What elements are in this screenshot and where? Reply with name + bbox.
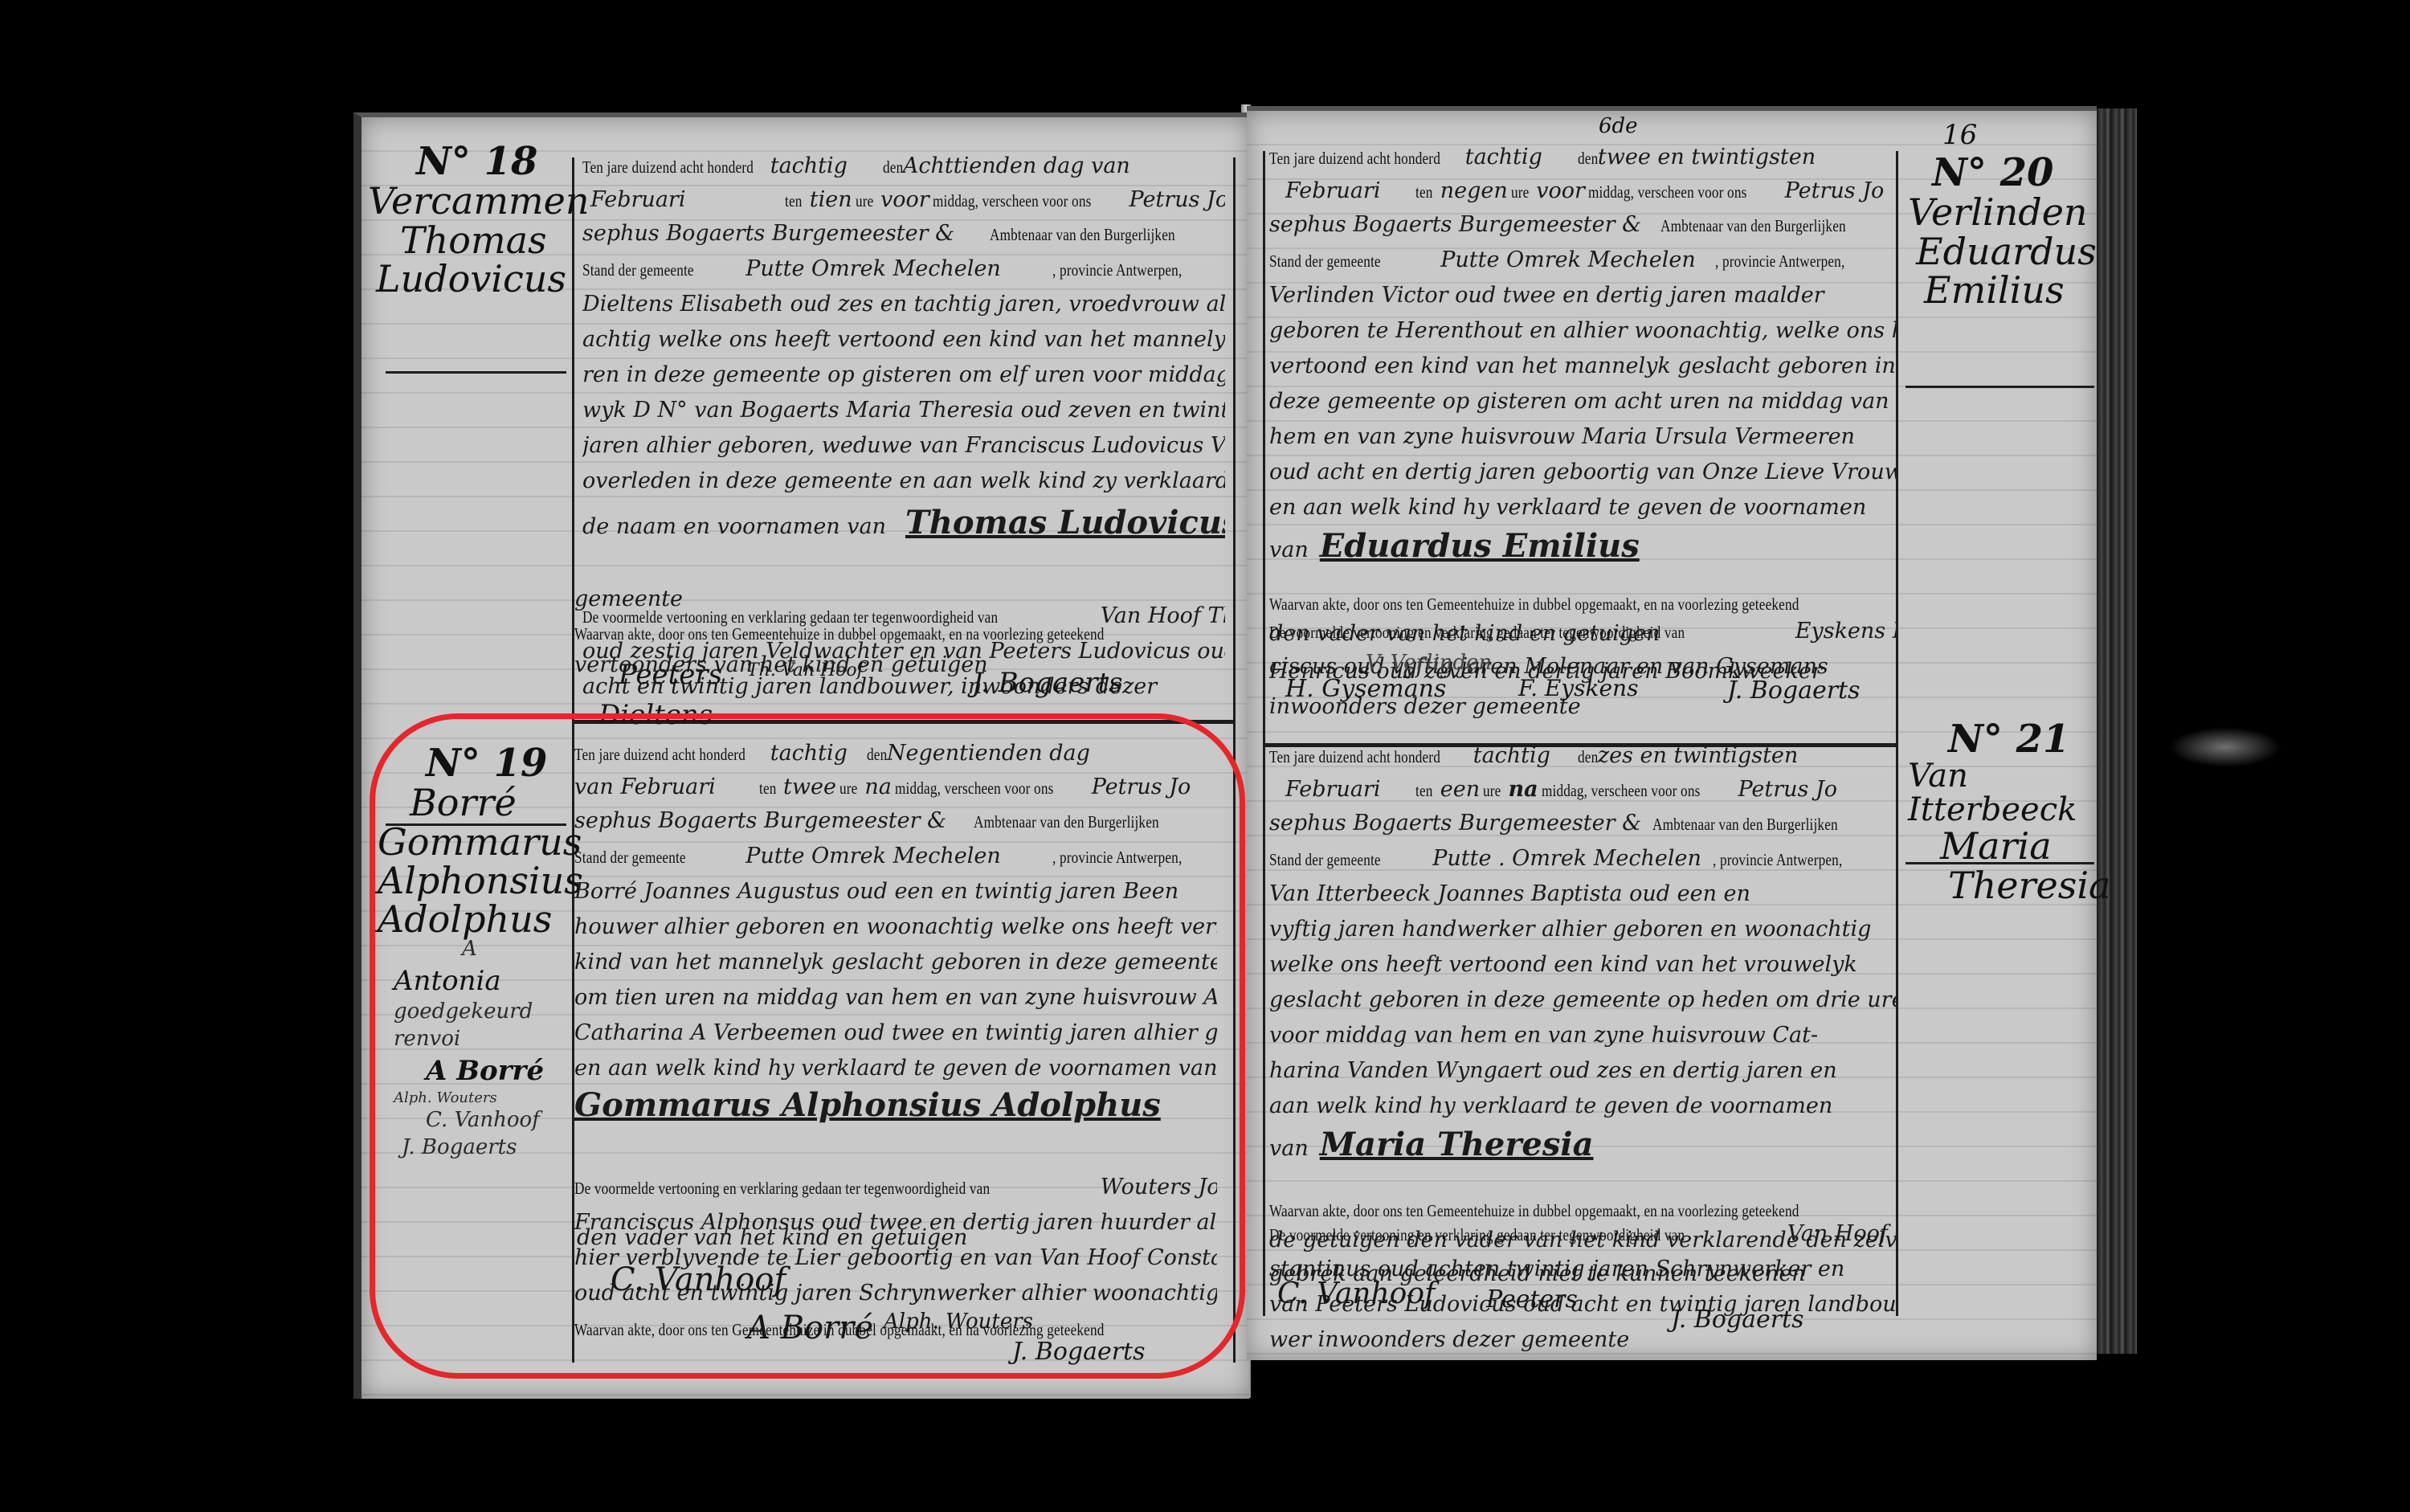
printed-text: Ten jare duizend acht honderd (1269, 747, 1440, 767)
signature: Alph. Wouters (394, 1089, 586, 1107)
printed-text: Waarvan akte, door ons ten Gemeentehuize… (1269, 595, 1799, 615)
body-line: harina Vanden Wyngaert oud zes en dertig… (1269, 1058, 1896, 1093)
body-line: van (1269, 537, 1309, 562)
location-text: Putte Omrek Mechelen (745, 256, 1001, 281)
printed-text: Ambtenaar van den Burgerlijken (974, 812, 1159, 832)
printed-text: ure (1483, 781, 1501, 801)
printed-text: Ambtenaar van den Burgerlijken (1660, 216, 1846, 236)
printed-text: ure (1511, 182, 1529, 202)
official-text: sephus Bogaerts Burgemeester & (1269, 811, 1641, 836)
signature: J. Bogaerts (1012, 1338, 1146, 1366)
margin-entry-19: N° 19 Borré Gommarus Alphonsius Adolphus (378, 743, 586, 939)
day-text: zes en twintigsten (1598, 743, 1798, 768)
body-line: jaren alhier geboren, weduwe van Francis… (582, 433, 1225, 468)
body-line: deze gemeente op gisteren om acht uren n… (1269, 389, 1896, 424)
child-name: Eduardus Emilius (1320, 527, 1640, 565)
body-line: van (1269, 1136, 1309, 1161)
printed-text: ure (856, 191, 873, 211)
body-line: oud acht en dertig jaren geboortig van O… (1269, 460, 1896, 495)
margin-given-name: Alphonsius (378, 861, 586, 900)
margin-entry-18: N° 18 Vercammen Thomas Ludovicus (368, 141, 577, 298)
printed-text: den (1578, 149, 1598, 169)
signature: Dieltens (598, 699, 713, 731)
printed-text: ten (759, 778, 777, 799)
closing-text: den vader van het kind en getuigen (1269, 621, 1896, 656)
printed-text: , provincie Antwerpen, (1052, 260, 1182, 280)
printed-text: Stand der gemeente (1269, 850, 1381, 870)
margin-separator (1906, 386, 2094, 388)
volume-note: 6de (1599, 114, 1638, 138)
margin-surname: Vercammen (368, 182, 577, 220)
location-text: Putte Omrek Mechelen (1440, 247, 1696, 272)
ampm-text: na (1509, 777, 1538, 802)
signature: H. Gysemans (1285, 675, 1446, 703)
record-number: N° 19 (378, 743, 586, 783)
child-name: Maria Theresia (1320, 1126, 1594, 1163)
body-line: Catharina A Verbeemen oud twee en twinti… (574, 1020, 1217, 1056)
official-text: sephus Bogaerts Burgemeester & (582, 221, 954, 246)
hour-text: negen (1440, 178, 1508, 203)
margin-given-name: Eduardus (1908, 232, 2093, 271)
body-line: Van Itterbeeck Joannes Baptista oud een … (1269, 881, 1896, 917)
day-text: Negentienden dag (887, 741, 1090, 766)
printed-text: middag, verscheen voor ons (895, 778, 1053, 799)
printed-text: den (883, 157, 903, 178)
official-text: Petrus Jo (1092, 774, 1191, 799)
witness-text: Wouters Josephus (1101, 1175, 1217, 1199)
printed-text: , provincie Antwerpen, (1713, 850, 1842, 870)
year-text: tachtig (770, 741, 848, 766)
printed-text: Ambtenaar van den Burgerlijken (1652, 815, 1838, 835)
signature: J. Bogaerts (1671, 1306, 1804, 1334)
printed-text: Ten jare duizend acht honderd (1269, 149, 1440, 169)
signature: A Borré (394, 1053, 586, 1089)
year-text: tachtig (1473, 743, 1550, 768)
official-text: Petrus Jo (1129, 187, 1226, 212)
record-19: Ten jare duizend acht honderd tachtig de… (574, 741, 1217, 1351)
body-line: Borré Joannes Augustus oud een en twinti… (574, 879, 1217, 914)
body-line: de naam en voornamen van (582, 514, 886, 539)
margin-given-name: Gommarus (378, 823, 586, 861)
month-text: Februari (1269, 777, 1380, 802)
record-number: N° 18 (368, 141, 577, 182)
printed-text: Ten jare duizend acht honderd (582, 157, 754, 178)
left-border (1263, 151, 1265, 1316)
body-line: ren in deze gemeente op gisteren om elf … (582, 362, 1225, 398)
record-20-closing-lines: Waarvan akte, door ons ten Gemeentehuize… (1269, 590, 1896, 655)
body-line: overleden in deze gemeente en aan welk k… (582, 468, 1225, 504)
hour-text: tien (810, 187, 852, 212)
margin-surname: Van Itterbeeck (1908, 759, 2101, 827)
month-text: Februari (582, 187, 685, 212)
printed-text: ten (1415, 781, 1433, 801)
body-line: vyftig jaren handwerker alhier geboren e… (1269, 917, 1896, 952)
official-text: sephus Bogaerts Burgemeester & (574, 808, 946, 833)
signature: C. Vanhoof (394, 1107, 586, 1134)
body-line: achtig welke ons heeft vertoond een kind… (582, 327, 1225, 362)
witness-text: gemeente (574, 586, 1217, 622)
body-line: welke ons heeft vertoond een kind van he… (1269, 952, 1896, 987)
body-line: aan welk kind hy verklaard te geven de v… (1269, 1093, 1896, 1129)
printed-text: middag, verscheen voor ons (1588, 182, 1746, 202)
closing-text: de getuigen den vader van het kind verkl… (1269, 1228, 1896, 1263)
official-text: sephus Bogaerts Burgemeester & (1269, 212, 1641, 237)
signature: V. Verlinden (1366, 651, 1492, 675)
year-text: tachtig (770, 153, 848, 178)
official-text: Petrus Jo (1738, 777, 1837, 802)
printed-text: Ambtenaar van den Burgerlijken (990, 225, 1175, 245)
margin-renvoi-note: A Antonia goedgekeurd renvoi A Borré Alp… (394, 936, 586, 1162)
printed-text: , provincie Antwerpen, (1715, 251, 1844, 272)
printed-text: Ten jare duizend acht honderd (574, 745, 745, 765)
signature: Alph. Wouters (884, 1310, 1033, 1334)
margin-entry-20: N° 20 Verlinden Eduardus Emilius (1908, 153, 2093, 309)
margin-separator (386, 371, 566, 374)
signature: Peeters (1486, 1285, 1578, 1314)
signature: J. Bogaerts (972, 667, 1123, 699)
body-line: geslacht geboren in deze gemeente op hed… (1269, 987, 1896, 1023)
margin-given-name: Theresia (1908, 866, 2101, 905)
margin-divider (1896, 151, 1898, 1316)
body-line: om tien uren na middag van hem en van zy… (574, 985, 1217, 1020)
year-text: tachtig (1465, 145, 1542, 170)
body-line: en aan welk kind hy verklaard te geven d… (1269, 495, 1896, 530)
printed-text: middag, verscheen voor ons (1542, 781, 1700, 801)
signature: C. Vanhoof (1277, 1277, 1435, 1310)
printed-text: ten (1415, 182, 1433, 202)
body-line: houwer alhier geboren en woonachtig welk… (574, 914, 1217, 950)
printed-text: , provincie Antwerpen, (1052, 848, 1182, 868)
signature: Peeters (619, 659, 722, 691)
body-line: Verlinden Victor oud twee en dertig jare… (1269, 283, 1896, 318)
body-line: vertoond een kind van het mannelyk gesla… (1269, 353, 1896, 389)
margin-surname: Borré (378, 783, 586, 822)
printed-text: middag, verscheen voor ons (933, 191, 1091, 211)
printed-text: ten (785, 191, 803, 211)
margin-given-name: Maria (1908, 827, 2101, 865)
printed-text: den (1578, 747, 1598, 767)
margin-given-name: Adolphus (378, 900, 586, 938)
hour-text: twee (783, 774, 836, 799)
signature: J. Bogaerts (1727, 676, 1861, 705)
child-name: Thomas Ludovicus (905, 504, 1225, 541)
margin-given-name: Emilius (1908, 271, 2093, 309)
signature: Th. Van Hoof (747, 660, 864, 680)
printed-text: De voormelde vertooning en verklaring ge… (574, 1179, 990, 1199)
body-line: geboren te Herenthout en alhier woonacht… (1269, 318, 1896, 353)
printed-text: Stand der gemeente (574, 848, 686, 868)
book-page-edges (2097, 108, 2137, 1354)
month-text: van Februari (574, 774, 716, 799)
day-text: twee en twintigsten (1598, 145, 1816, 170)
printed-text: den (867, 745, 887, 765)
right-border (1233, 157, 1236, 1363)
margin-entry-21: N° 21 Van Itterbeeck Maria Theresia (1908, 719, 2101, 905)
location-text: Putte . Omrek Mechelen (1432, 846, 1701, 871)
printed-text: Stand der gemeente (582, 260, 694, 280)
signature: C. Vanhoof (611, 1261, 786, 1298)
record-number: N° 21 (1908, 719, 2101, 759)
printed-text: Waarvan akte, door ons ten Gemeentehuize… (574, 624, 1105, 644)
printed-text: Waarvan akte, door ons ten Gemeentehuize… (1269, 1201, 1799, 1221)
signature: J. Bogaerts (394, 1134, 586, 1162)
signature: A Borré (747, 1310, 873, 1346)
signature: F. Eyskens (1518, 675, 1638, 701)
body-line: voor middag van hem en van zyne huisvrou… (1269, 1023, 1896, 1058)
margin-given-name: Ludovicus (368, 259, 577, 298)
renvoi-approval: goedgekeurd renvoi (394, 999, 586, 1053)
official-text: Petrus Jo (1785, 178, 1885, 203)
body-line: wyk D N° van Bogaerts Maria Theresia oud… (582, 398, 1225, 433)
page-number: 16 (1942, 119, 1977, 151)
ampm-text: na (864, 774, 892, 799)
child-name: Gommarus Alphonsius Adolphus (574, 1086, 1217, 1134)
insert-mark: A (394, 936, 586, 963)
printed-text: Stand der gemeente (1269, 251, 1381, 272)
body-line: hem en van zyne huisvrouw Maria Ursula V… (1269, 424, 1896, 460)
day-text: Achttienden dag van (903, 153, 1130, 178)
printed-text: ure (839, 778, 857, 799)
margin-given-name: Thomas (368, 221, 577, 259)
ampm-text: voor (880, 187, 929, 212)
record-number: N° 20 (1908, 153, 2093, 193)
ampm-text: voor (1536, 178, 1585, 203)
month-text: Februari (1269, 178, 1380, 203)
renvoi-word: Antonia (394, 963, 586, 999)
body-line: kind van het mannelyk geslacht geboren i… (574, 950, 1217, 985)
hour-text: een (1440, 777, 1480, 802)
closing-text: den vader van het kind en getuigen (577, 1225, 967, 1250)
margin-surname: Verlinden (1908, 193, 2093, 231)
scanner-glare (2169, 727, 2281, 767)
location-text: Putte Omrek Mechelen (745, 844, 1001, 868)
body-line: Dieltens Elisabeth oud zes en tachtig ja… (582, 292, 1225, 327)
